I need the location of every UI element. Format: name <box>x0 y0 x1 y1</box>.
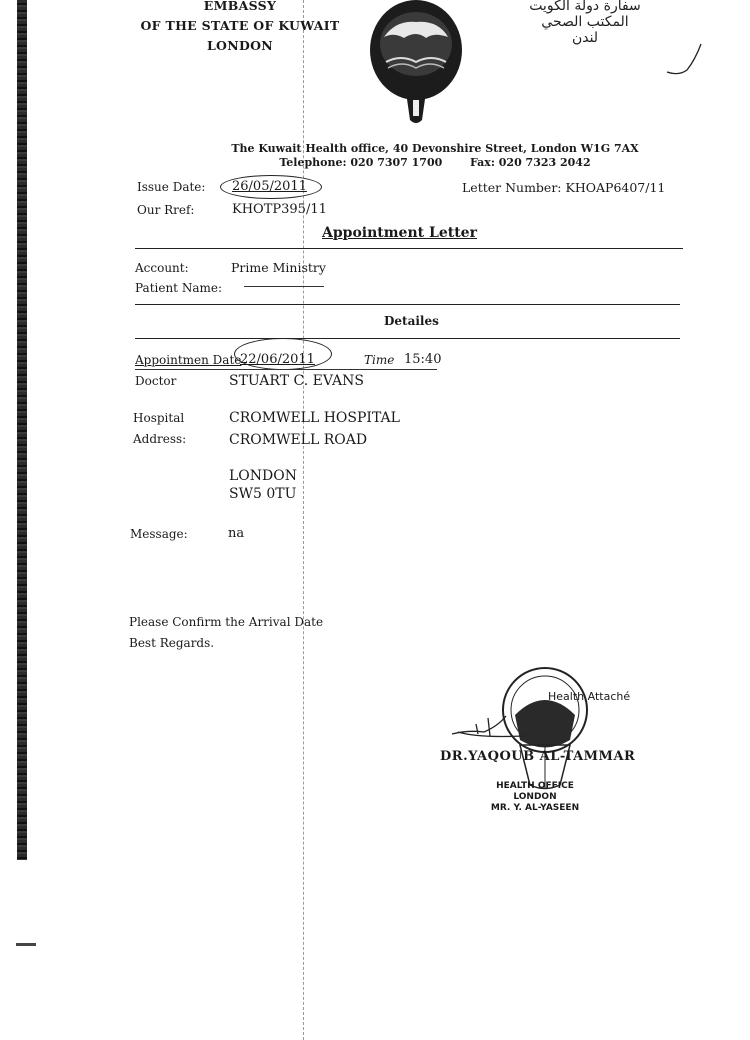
header-line: LONDON <box>130 36 350 56</box>
issue-date-label: Issue Date: <box>137 180 205 194</box>
hospital-address: CROMWELL ROAD LONDON SW5 0TU <box>229 431 367 503</box>
scan-mark <box>16 943 36 946</box>
document-title: Appointment Letter <box>322 225 477 241</box>
our-ref-value: KHOTP395/11 <box>232 202 327 217</box>
account-value: Prime Ministry <box>231 260 326 275</box>
address-line: SW5 0TU <box>229 485 367 503</box>
header-line-arabic: سفارة دولة الكويت <box>525 0 645 14</box>
appointment-date-label: Appointmen Date <box>135 353 241 367</box>
appointment-date-value: 22/06/2011 <box>240 352 315 367</box>
divider <box>135 248 683 249</box>
contact-line: Telephone: 020 7307 1700 Fax: 020 7323 2… <box>230 156 640 170</box>
stamp-line: MR. Y. AL-YASEEN <box>480 803 590 814</box>
embassy-header-english: EMBASSY OF THE STATE OF KUWAIT LONDON <box>130 0 350 56</box>
letter-number: Letter Number: KHOAP6407/11 <box>462 180 665 195</box>
header-line-arabic: لندن <box>525 30 645 46</box>
signature-scribble <box>448 712 528 742</box>
fax-number: 020 7323 2042 <box>499 156 591 169</box>
address-label: Address: <box>133 432 186 446</box>
message-label: Message: <box>130 527 188 541</box>
phone-label: Telephone: <box>279 156 346 169</box>
address-line: LONDON <box>229 467 367 485</box>
address-line: The Kuwait Health office, 40 Devonshire … <box>230 142 640 156</box>
appointment-underline <box>135 369 437 370</box>
time-value: 15:40 <box>404 352 441 367</box>
divider <box>135 304 680 305</box>
divider <box>135 338 680 339</box>
address-line: CROMWELL ROAD <box>229 431 367 449</box>
address-line <box>229 449 367 467</box>
phone-number: 020 7307 1700 <box>350 156 442 169</box>
stamp-title: Health Attaché <box>548 690 630 703</box>
signatory-name: DR.YAQOUB AL-TAMMAR <box>440 749 635 764</box>
header-line-arabic: المكتب الصحي <box>525 14 645 30</box>
account-label: Account: <box>135 261 189 275</box>
scan-border <box>17 0 27 860</box>
letter-number-label: Letter Number: <box>462 180 562 195</box>
patient-name-label: Patient Name: <box>135 281 222 295</box>
header-line: EMBASSY <box>130 0 350 16</box>
patient-name-redacted <box>244 286 324 287</box>
closing-line: Please Confirm the Arrival Date <box>129 615 323 629</box>
doctor-label: Doctor <box>135 374 176 388</box>
initials-mark <box>665 40 705 80</box>
letter-number-value: KHOAP6407/11 <box>566 180 666 195</box>
header-line: OF THE STATE OF KUWAIT <box>130 16 350 36</box>
doctor-value: STUART C. EVANS <box>229 373 364 389</box>
hospital-label: Hospital <box>133 411 184 425</box>
issue-date-value: 26/05/2011 <box>232 179 307 194</box>
stamp-line: HEALTH OFFICE <box>480 781 590 792</box>
message-value: na <box>228 526 244 541</box>
embassy-header-arabic: سفارة دولة الكويت المكتب الصحي لندن <box>525 0 645 46</box>
stamp-line: LONDON <box>480 792 590 803</box>
stamp-text: HEALTH OFFICE LONDON MR. Y. AL-YASEEN <box>480 781 590 814</box>
details-heading: Detailes <box>384 314 439 328</box>
office-address: The Kuwait Health office, 40 Devonshire … <box>230 142 640 170</box>
fax-label: Fax: <box>470 156 495 169</box>
hospital-value: CROMWELL HOSPITAL <box>229 410 400 426</box>
our-ref-label: Our Rref: <box>137 203 194 217</box>
time-label: Time <box>364 353 394 367</box>
closing-line: Best Regards. <box>129 636 214 650</box>
kuwait-coat-of-arms-icon <box>366 0 466 127</box>
